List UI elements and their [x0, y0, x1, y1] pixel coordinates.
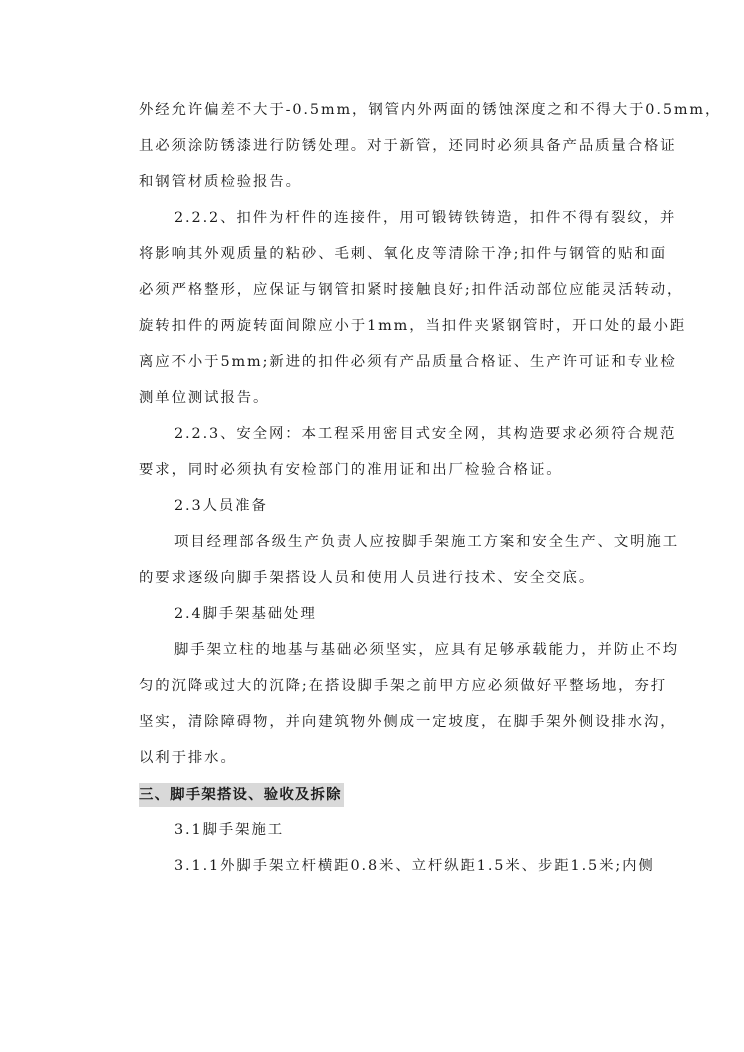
paragraph-line: 和钢管材质检验报告。: [139, 164, 635, 200]
section-heading-row: 三、脚手架搭设、验收及拆除: [139, 776, 635, 812]
paragraph-line: 外经允许偏差不大于-0.5mm，钢管内外两面的锈蚀深度之和不得大于0.5mm，: [139, 92, 635, 128]
paragraph-line-3-1-1: 3.1.1外脚手架立杆横距0.8米、立杆纵距1.5米、步距1.5米;内侧: [139, 848, 635, 884]
paragraph-line: 以利于排水。: [139, 740, 635, 776]
paragraph-line: 离应不小于5mm;新进的扣件必须有产品质量合格证、生产许可证和专业检: [139, 344, 635, 380]
paragraph-line: 的要求逐级向脚手架搭设人员和使用人员进行技术、安全交底。: [139, 560, 635, 596]
paragraph-line: 项目经理部各级生产负责人应按脚手架施工方案和安全生产、文明施工: [139, 524, 635, 560]
paragraph-line-2-2-3: 2.2.3、安全网：本工程采用密目式安全网，其构造要求必须符合规范: [139, 416, 635, 452]
subheading-2-3: 2.3人员准备: [139, 488, 635, 524]
section-heading: 三、脚手架搭设、验收及拆除: [139, 783, 344, 807]
document-page: 外经允许偏差不大于-0.5mm，钢管内外两面的锈蚀深度之和不得大于0.5mm， …: [139, 92, 635, 884]
subheading-2-4: 2.4脚手架基础处理: [139, 596, 635, 632]
paragraph-line: 旋转扣件的两旋转面间隙应小于1mm，当扣件夹紧钢管时，开口处的最小距: [139, 308, 635, 344]
paragraph-line: 坚实，清除障碍物，并向建筑物外侧成一定坡度，在脚手架外侧设排水沟，: [139, 704, 635, 740]
paragraph-line: 将影响其外观质量的粘砂、毛刺、氧化皮等清除干净;扣件与钢管的贴和面: [139, 236, 635, 272]
paragraph-line: 必须严格整形，应保证与钢管扣紧时接触良好;扣件活动部位应能灵活转动，: [139, 272, 635, 308]
paragraph-line: 要求，同时必须执有安检部门的准用证和出厂检验合格证。: [139, 452, 635, 488]
paragraph-line-2-2-2: 2.2.2、扣件为杆件的连接件，用可锻铸铁铸造，扣件不得有裂纹，并: [139, 200, 635, 236]
subheading-3-1: 3.1脚手架施工: [139, 812, 635, 848]
paragraph-line: 测单位测试报告。: [139, 380, 635, 416]
paragraph-line: 且必须涂防锈漆进行防锈处理。对于新管，还同时必须具备产品质量合格证: [139, 128, 635, 164]
paragraph-line: 脚手架立柱的地基与基础必须坚实，应具有足够承载能力，并防止不均: [139, 632, 635, 668]
paragraph-line: 匀的沉降或过大的沉降;在搭设脚手架之前甲方应必须做好平整场地，夯打: [139, 668, 635, 704]
